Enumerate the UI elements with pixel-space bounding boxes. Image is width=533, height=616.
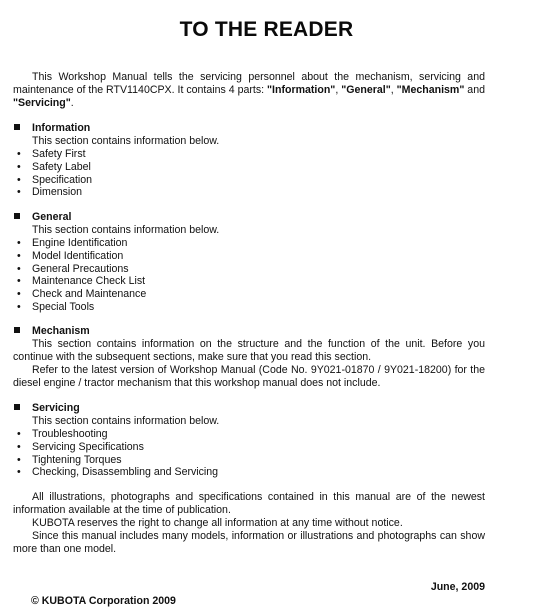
part-general: "General" <box>341 84 391 96</box>
publication-date: June, 2009 <box>431 581 485 594</box>
list-item: •Checking, Disassembling and Servicing <box>17 466 218 479</box>
heading-text: Mechanism <box>32 325 90 337</box>
separator: and <box>464 84 485 96</box>
square-bullet-icon <box>14 404 20 410</box>
closing-paragraph: Since this manual includes many models, … <box>13 530 485 556</box>
general-list: •Engine Identification •Model Identifica… <box>17 237 146 314</box>
bullet-icon: • <box>17 288 32 301</box>
section-heading-general: General <box>14 211 71 224</box>
list-item: •Dimension <box>17 186 92 199</box>
bullet-icon: • <box>17 186 32 199</box>
bullet-icon: • <box>17 441 32 454</box>
list-item: •Special Tools <box>17 301 146 314</box>
list-item: •Model Identification <box>17 250 146 263</box>
list-item: •Check and Maintenance <box>17 288 146 301</box>
closing-paragraph: All illustrations, photographs and speci… <box>13 491 485 517</box>
list-item: •Safety First <box>17 148 92 161</box>
bullet-icon: • <box>17 428 32 441</box>
page-title: TO THE READER <box>0 18 533 42</box>
section-description: This section contains information below. <box>32 135 219 148</box>
bullet-icon: • <box>17 275 32 288</box>
list-item: •Servicing Specifications <box>17 441 218 454</box>
bullet-icon: • <box>17 174 32 187</box>
heading-text: General <box>32 211 71 223</box>
heading-text: Information <box>32 122 90 134</box>
mechanism-paragraph: Refer to the latest version of Workshop … <box>13 364 485 390</box>
bullet-icon: • <box>17 454 32 467</box>
section-description: This section contains information below. <box>32 224 219 237</box>
bullet-icon: • <box>17 161 32 174</box>
bullet-icon: • <box>17 148 32 161</box>
part-servicing: "Servicing" <box>13 97 71 109</box>
section-heading-information: Information <box>14 122 90 135</box>
square-bullet-icon <box>14 327 20 333</box>
list-item: •Maintenance Check List <box>17 275 146 288</box>
closing-paragraph: KUBOTA reserves the right to change all … <box>13 517 485 530</box>
bullet-icon: • <box>17 466 32 479</box>
section-description: This section contains information below. <box>32 415 219 428</box>
list-item: •Specification <box>17 174 92 187</box>
list-item: •Safety Label <box>17 161 92 174</box>
bullet-icon: • <box>17 263 32 276</box>
square-bullet-icon <box>14 124 20 130</box>
section-heading-mechanism: Mechanism <box>14 325 90 338</box>
list-item: •Troubleshooting <box>17 428 218 441</box>
part-information: "Information" <box>267 84 335 96</box>
section-heading-servicing: Servicing <box>14 402 80 415</box>
information-list: •Safety First •Safety Label •Specificati… <box>17 148 92 199</box>
part-mechanism: "Mechanism" <box>397 84 465 96</box>
servicing-list: •Troubleshooting •Servicing Specificatio… <box>17 428 218 479</box>
bullet-icon: • <box>17 237 32 250</box>
bullet-icon: • <box>17 250 32 263</box>
copyright-notice: © KUBOTA Corporation 2009 <box>31 595 176 608</box>
intro-paragraph: This Workshop Manual tells the servicing… <box>13 71 485 109</box>
list-item: •General Precautions <box>17 263 146 276</box>
square-bullet-icon <box>14 213 20 219</box>
list-item: •Tightening Torques <box>17 454 218 467</box>
mechanism-paragraph: This section contains information on the… <box>13 338 485 364</box>
bullet-icon: • <box>17 301 32 314</box>
list-item: •Engine Identification <box>17 237 146 250</box>
period: . <box>71 97 74 109</box>
heading-text: Servicing <box>32 402 80 414</box>
